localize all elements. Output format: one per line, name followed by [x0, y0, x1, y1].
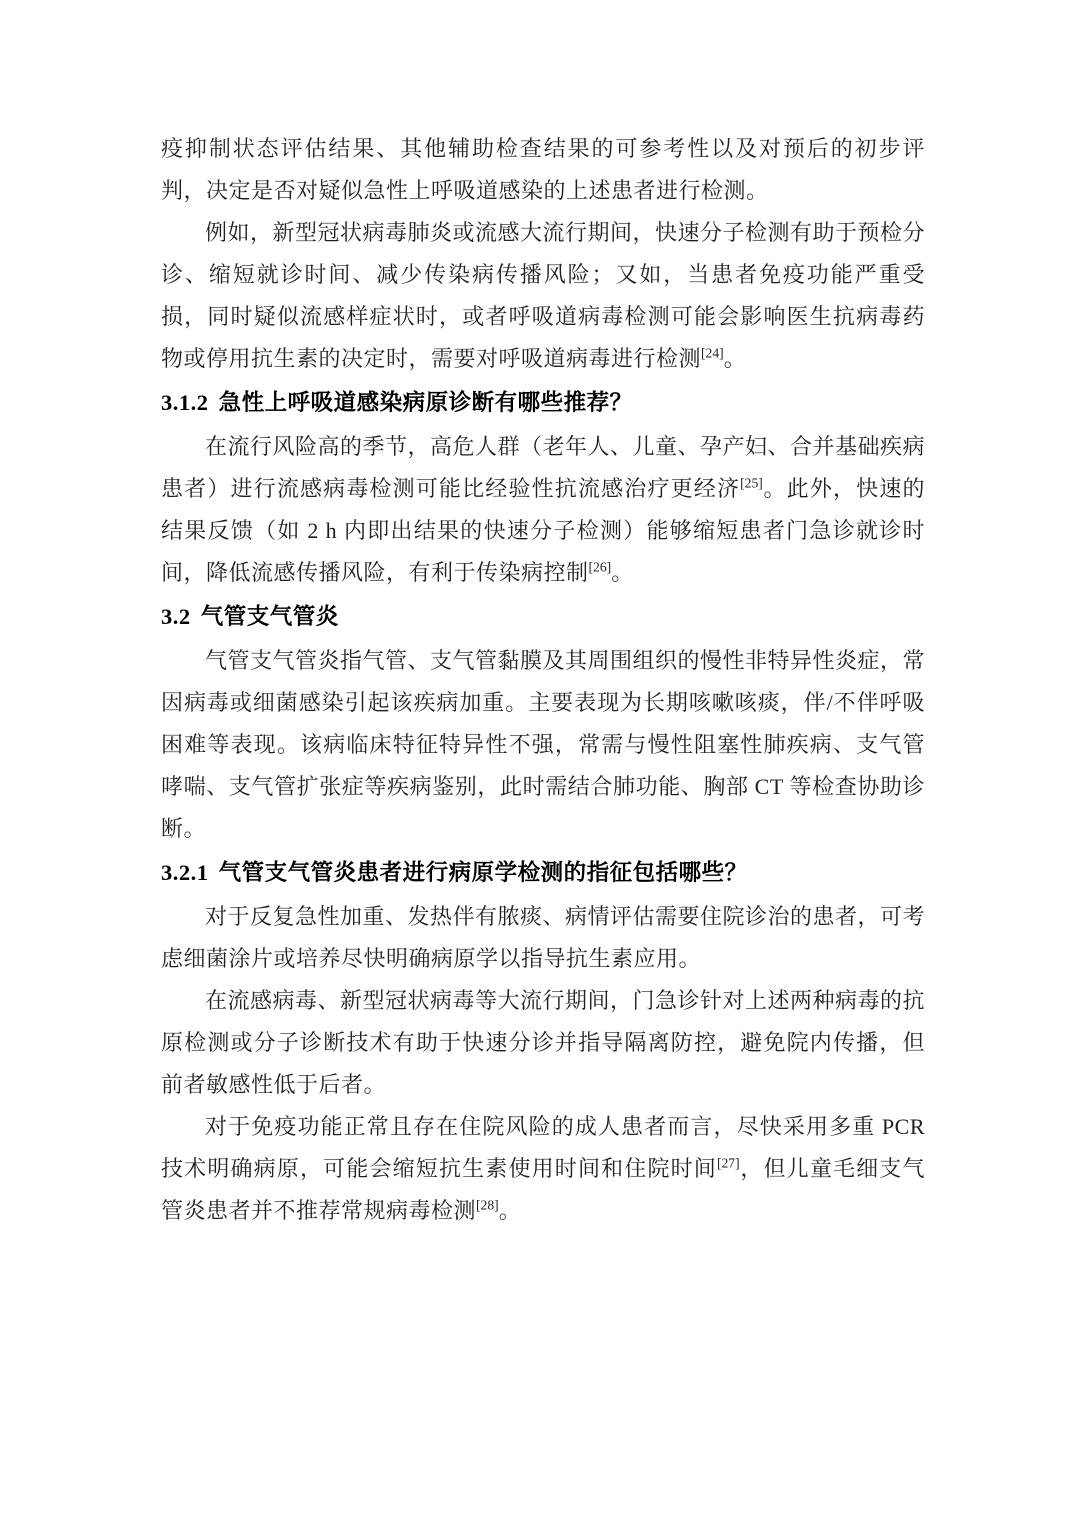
- paragraph-text: 在流感病毒、新型冠状病毒等大流行期间，门急诊针对上述两种病毒的抗原检测或分子诊断…: [161, 988, 925, 1097]
- citation-ref-27: [27]: [717, 1156, 740, 1171]
- paragraph-text: 例如，新型冠状病毒肺炎或流感大流行期间，快速分子检测有助于预检分诊、缩短就诊时间…: [161, 220, 925, 371]
- paragraph: 在流感病毒、新型冠状病毒等大流行期间，门急诊针对上述两种病毒的抗原检测或分子诊断…: [161, 980, 925, 1106]
- section-heading-3-1-2: 3.1.2急性上呼吸道感染病原诊断有哪些推荐？: [161, 382, 925, 424]
- section-title: 气管支气管炎: [201, 604, 339, 629]
- section-heading-3-2: 3.2气管支气管炎: [161, 596, 925, 638]
- citation-ref-25: [25]: [740, 476, 763, 491]
- paragraph-text: 对于反复急性加重、发热伴有脓痰、病情评估需要住院诊治的患者，可考虑细菌涂片或培养…: [161, 904, 925, 971]
- section-number: 3.2.1: [161, 860, 209, 885]
- document-page: 疫抑制状态评估结果、其他辅助检查结果的可参考性以及对预后的初步评判，决定是否对疑…: [0, 0, 1080, 1527]
- section-title: 急性上呼吸道感染病原诊断有哪些推荐？: [219, 390, 633, 415]
- section-number: 3.1.2: [161, 390, 209, 415]
- citation-ref-28: [28]: [476, 1198, 499, 1213]
- paragraph: 对于免疫功能正常且存在住院风险的成人患者而言，尽快采用多重 PCR 技术明确病原…: [161, 1106, 925, 1232]
- paragraph: 对于反复急性加重、发热伴有脓痰、病情评估需要住院诊治的患者，可考虑细菌涂片或培养…: [161, 896, 925, 980]
- paragraph-text: 。: [611, 560, 634, 585]
- paragraph-text: 疫抑制状态评估结果、其他辅助检查结果的可参考性以及对预后的初步评判，决定是否对疑…: [161, 136, 925, 203]
- section-title: 气管支气管炎患者进行病原学检测的指征包括哪些？: [219, 860, 748, 885]
- section-number: 3.2: [161, 604, 191, 629]
- document-content: 疫抑制状态评估结果、其他辅助检查结果的可参考性以及对预后的初步评判，决定是否对疑…: [161, 128, 925, 1232]
- paragraph-text: 。: [499, 1198, 522, 1223]
- section-heading-3-2-1: 3.2.1气管支气管炎患者进行病原学检测的指征包括哪些？: [161, 852, 925, 894]
- paragraph: 气管支气管炎指气管、支气管黏膜及其周围组织的慢性非特异性炎症，常因病毒或细菌感染…: [161, 640, 925, 850]
- paragraph-continuation: 疫抑制状态评估结果、其他辅助检查结果的可参考性以及对预后的初步评判，决定是否对疑…: [161, 128, 925, 212]
- paragraph: 在流行风险高的季节，高危人群（老年人、儿童、孕产妇、合并基础疾病患者）进行流感病…: [161, 426, 925, 594]
- citation-ref-24: [24]: [701, 346, 724, 361]
- paragraph-text: 气管支气管炎指气管、支气管黏膜及其周围组织的慢性非特异性炎症，常因病毒或细菌感染…: [161, 648, 925, 841]
- paragraph: 例如，新型冠状病毒肺炎或流感大流行期间，快速分子检测有助于预检分诊、缩短就诊时间…: [161, 212, 925, 380]
- citation-ref-26: [26]: [589, 560, 612, 575]
- paragraph-text: 。: [724, 346, 747, 371]
